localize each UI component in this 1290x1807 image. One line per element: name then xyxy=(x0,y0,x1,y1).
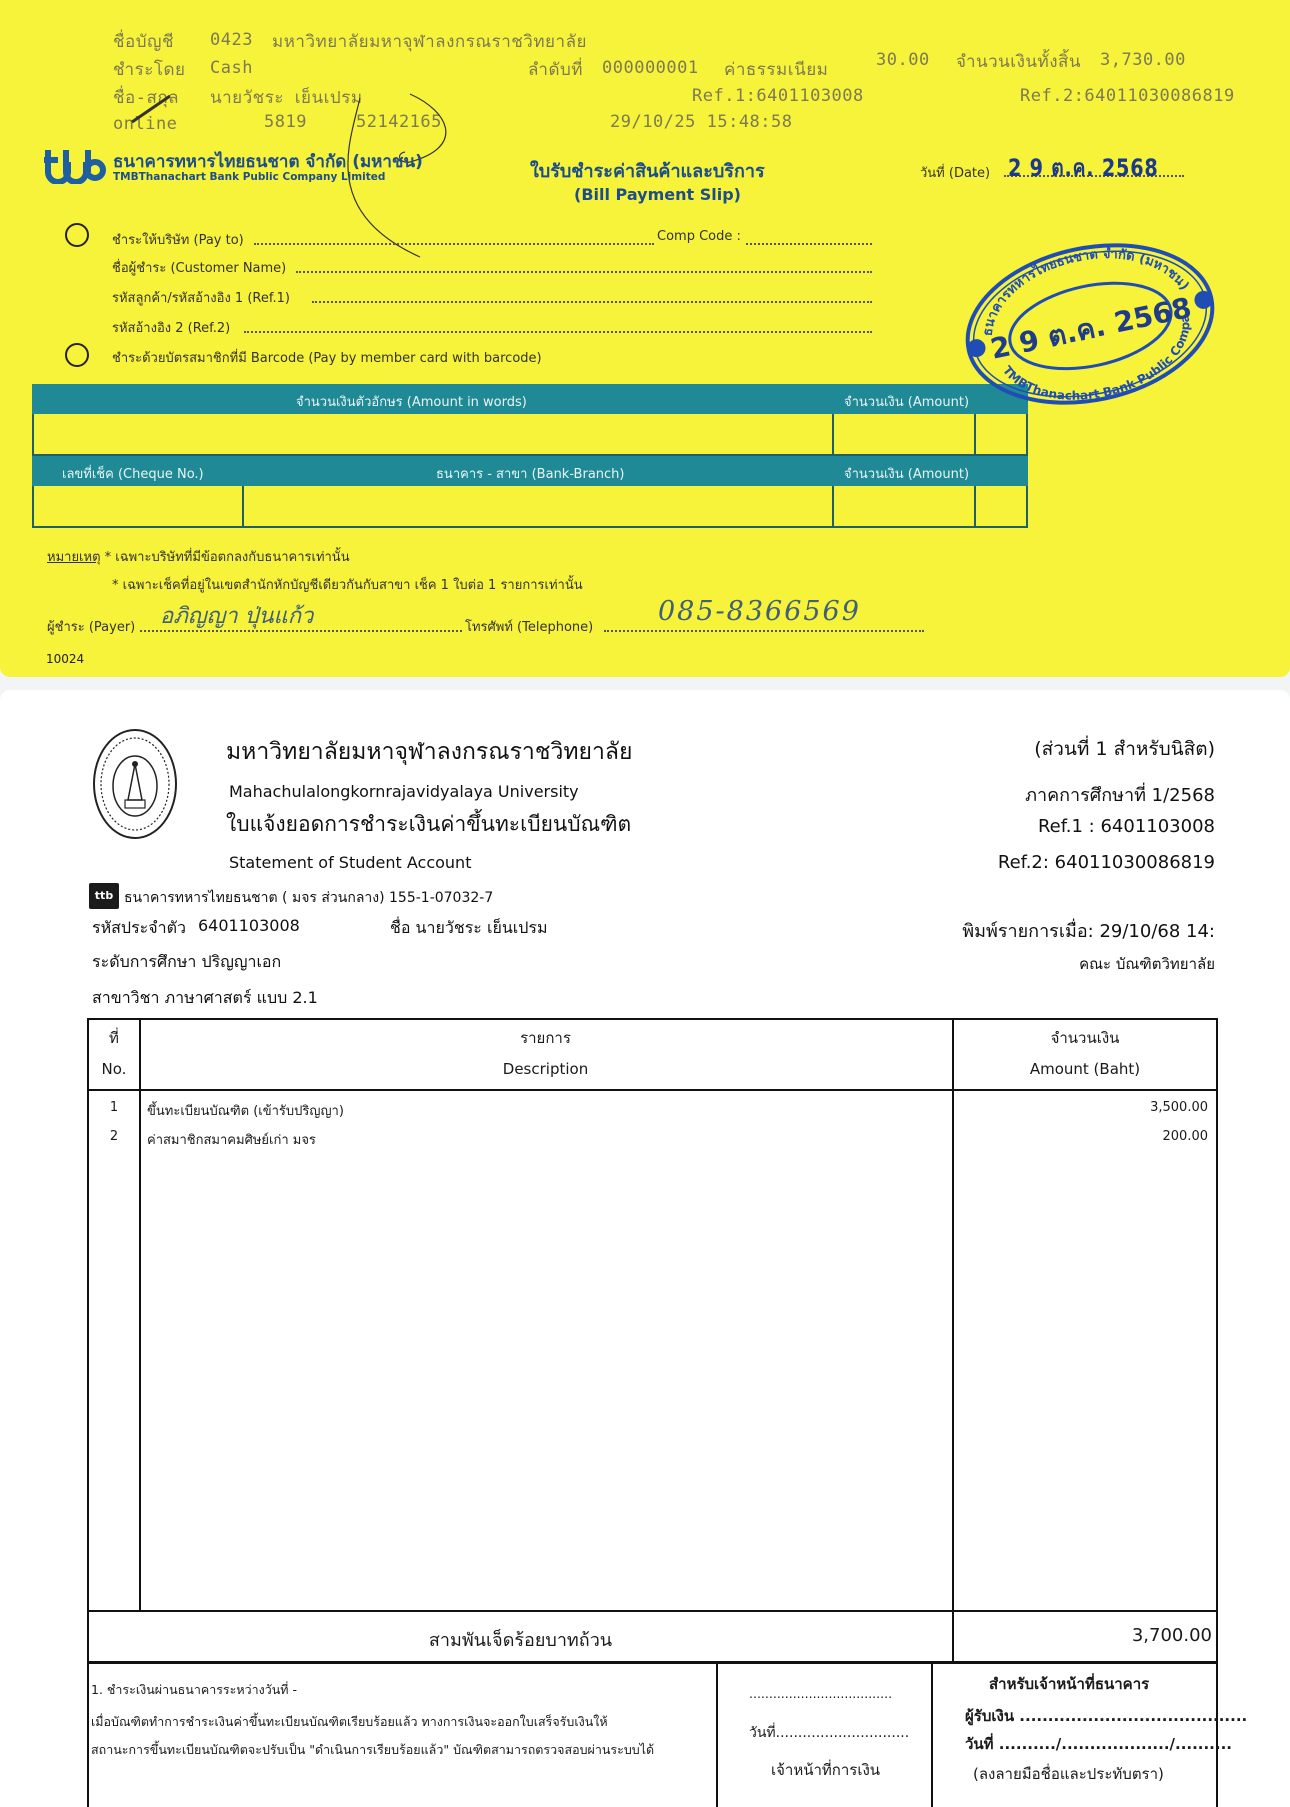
semester: ภาคการศึกษาที่ 1/2568 xyxy=(1025,780,1215,809)
student-name: ชื่อ นายวัชระ เย็นเปรม xyxy=(390,916,548,941)
remarks-label: หมายเหตุ xyxy=(47,550,101,565)
printed-at: พิมพ์รายการเมื่อ: 29/10/68 14: xyxy=(962,916,1215,945)
major: สาขาวิชา ภาษาศาสตร์ แบบ 2.1 xyxy=(92,986,318,1011)
member-card-radio[interactable] xyxy=(65,343,89,367)
copy-part-label: (ส่วนที่ 1 สำหรับนิสิต) xyxy=(1034,734,1215,764)
payment-notes-section: 1. ชำระเงินผ่านธนาคารระหว่างวันที่ - เมื… xyxy=(87,1662,1218,1807)
total-value: 3,730.00 xyxy=(1100,50,1186,70)
ref1-field[interactable] xyxy=(312,301,872,303)
payer-signature: อภิญญา ปุ่นแก้ว xyxy=(160,598,313,633)
cheque-no-header: เลขที่เช็ค (Cheque No.) xyxy=(62,463,204,484)
finance-sign-line[interactable]: .................................... xyxy=(749,1686,892,1701)
bill-payment-slip: ชื่อบัญชี 0423 มหาวิทยาลัยมหาจุฬาลงกรณรา… xyxy=(0,0,1290,677)
account-label: ชื่อบัญชี xyxy=(113,28,174,55)
amount-table: จำนวนเงินตัวอักษร (Amount in words) จำนว… xyxy=(32,384,1028,528)
receiver-field[interactable]: ผู้รับเงิน .............................… xyxy=(965,1704,1247,1728)
bank-officer-title: สำหรับเจ้าหน้าที่ธนาคาร xyxy=(989,1672,1149,1696)
amount-words-header: จำนวนเงินตัวอักษร (Amount in words) xyxy=(296,391,527,412)
ref2-print: Ref.2:64011030086819 xyxy=(1020,86,1235,106)
ref2-field[interactable] xyxy=(244,331,872,333)
ttb-badge-icon: ttb xyxy=(89,883,119,909)
member-card-label: ชำระด้วยบัตรสมาชิกที่มี Barcode (Pay by … xyxy=(112,347,542,368)
slip-title-th: ใบรับชำระค่าสินค้าและบริการ xyxy=(530,156,765,185)
date-stamp-value: 2 9 ต.ค. 2568 xyxy=(1008,148,1159,187)
items-table: ที่ No. รายการ Description จำนวนเงิน Amo… xyxy=(87,1018,1218,1663)
remark-1: หมายเหตุ * เฉพาะบริษัทที่มีข้อตกลงกับธนา… xyxy=(47,546,350,567)
bank-stamp-icon: ธนาคารทหารไทยธนชาต จำกัด (มหาชน) TMBThan… xyxy=(948,219,1232,429)
slip-title-en: (Bill Payment Slip) xyxy=(574,185,741,204)
payer-label: ผู้ชำระ (Payer) xyxy=(47,616,135,637)
student-statement: มหาวิทยาลัยมหาจุฬาลงกรณราชวิทยาลัย Mahac… xyxy=(0,690,1290,1807)
bank-name-en: TMBThanachart Bank Public Company Limite… xyxy=(113,171,385,183)
university-name-en: Mahachulalongkornrajavidyalaya Universit… xyxy=(229,782,579,801)
bank-date-field[interactable]: วันที่ ........../.................../..… xyxy=(965,1732,1232,1756)
account-name: มหาวิทยาลัยมหาจุฬาลงกรณราชวิทยาลัย xyxy=(272,28,587,55)
comp-code-label: Comp Code : xyxy=(657,229,741,244)
bank-branch-header: ธนาคาร - สาขา (Bank-Branch) xyxy=(436,463,625,484)
col-no-en: No. xyxy=(89,1060,139,1078)
pay-by-label: ชำระโดย xyxy=(113,56,185,83)
faculty: คณะ บัณฑิตวิทยาลัย xyxy=(1079,952,1215,976)
ref2-label: รหัสอ้างอิง 2 (Ref.2) xyxy=(112,317,230,338)
col-amount-en: Amount (Baht) xyxy=(952,1060,1218,1078)
seq-value: 000000001 xyxy=(602,58,699,78)
col-desc-th: รายการ xyxy=(139,1026,952,1050)
fee-label: ค่าธรรมเนียม xyxy=(724,56,828,83)
total-amount: 3,700.00 xyxy=(1132,1625,1212,1646)
telephone-field[interactable] xyxy=(604,630,924,632)
ref1-label: รหัสลูกค้า/รหัสอ้างอิง 1 (Ref.1) xyxy=(112,287,290,308)
amount-header: จำนวนเงิน (Amount) xyxy=(844,391,969,412)
note-line-2: เมื่อบัณฑิตทำการชำระเงินค่าขึ้นทะเบียนบั… xyxy=(91,1712,608,1732)
ref1: Ref.1 : 6401103008 xyxy=(1038,816,1215,837)
form-number: 10024 xyxy=(46,652,84,666)
customer-name-field[interactable] xyxy=(296,271,872,273)
statement-title-th: ใบแจ้งยอดการชำระเงินค่าขึ้นทะเบียนบัณฑิต xyxy=(226,808,631,841)
col-no-th: ที่ xyxy=(89,1026,139,1050)
col-amount-th: จำนวนเงิน xyxy=(952,1026,1218,1050)
ref2: Ref.2: 64011030086819 xyxy=(998,852,1215,873)
amount2-header: จำนวนเงิน (Amount) xyxy=(844,463,969,484)
date-label: วันที่ (Date) xyxy=(920,162,990,183)
comp-code-field[interactable] xyxy=(746,243,872,245)
print-datetime: 29/10/25 15:48:58 xyxy=(610,112,793,132)
finance-officer-label: เจ้าหน้าที่การเงิน xyxy=(771,1758,880,1782)
education-level: ระดับการศึกษา ปริญญาเอก xyxy=(92,950,281,975)
student-id: 6401103008 xyxy=(198,916,300,935)
pay-to-label: ชำระให้บริษัท (Pay to) xyxy=(112,229,244,250)
svg-text:2 9 ต.ค. 2568: 2 9 ต.ค. 2568 xyxy=(988,291,1195,366)
customer-name-label: ชื่อผู้ชำระ (Customer Name) xyxy=(112,257,286,278)
note-line-3: สถานะการขึ้นทะเบียนบัณฑิตจะปรับเป็น "ดำเ… xyxy=(91,1740,654,1760)
cheque-row[interactable] xyxy=(32,486,1028,528)
finance-date[interactable]: วันที่.............................. xyxy=(749,1722,909,1744)
fee-value: 30.00 xyxy=(876,50,930,70)
total-in-words: สามพันเจ็ดร้อยบาทถ้วน xyxy=(89,1625,952,1654)
student-id-label: รหัสประจำตัว xyxy=(92,916,186,941)
bank-account: ธนาคารทหารไทยธนชาต ( มจร ส่วนกลาง) 155-1… xyxy=(124,887,493,909)
sign-and-stamp-label: (ลงลายมือชื่อและประทับตรา) xyxy=(973,1762,1164,1786)
pay-to-radio[interactable] xyxy=(65,223,89,247)
telephone-value: 085-8366569 xyxy=(658,596,861,627)
seq-label: ลำดับที่ xyxy=(528,56,583,83)
telephone-label: โทรศัพท์ (Telephone) xyxy=(465,616,593,637)
university-seal-icon xyxy=(92,728,178,840)
pay-by-value: Cash xyxy=(210,58,253,78)
col-desc-en: Description xyxy=(139,1060,952,1078)
university-name-th: มหาวิทยาลัยมหาจุฬาลงกรณราชวิทยาลัย xyxy=(226,734,633,770)
ref1-print: Ref.1:6401103008 xyxy=(692,86,864,106)
remark-2: * เฉพาะเช็คที่อยู่ในเขตสำนักหักบัญชีเดีย… xyxy=(112,574,583,595)
pay-to-field[interactable] xyxy=(254,243,654,245)
statement-title-en: Statement of Student Account xyxy=(229,853,471,872)
amount-words-row[interactable] xyxy=(32,414,1028,456)
account-code: 0423 xyxy=(210,30,253,50)
note-line-1: 1. ชำระเงินผ่านธนาคารระหว่างวันที่ - xyxy=(91,1680,297,1700)
total-label: จำนวนเงินทั้งสิ้น xyxy=(956,48,1081,75)
ttb-logo-icon xyxy=(44,148,106,184)
